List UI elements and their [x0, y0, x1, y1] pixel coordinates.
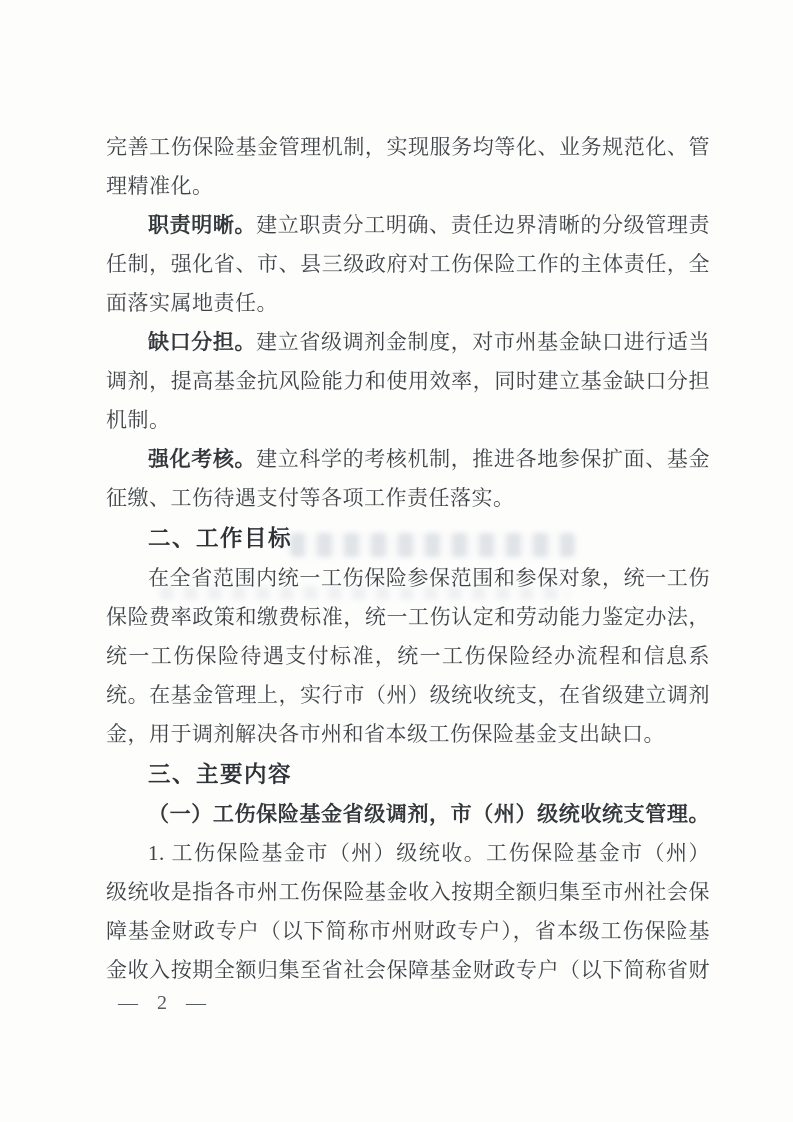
text-segment: 强化考核。	[148, 447, 256, 471]
text-line: 在全省范围内统一工伤保险参保范围和参保对象，统一工伤	[106, 559, 710, 598]
text-segment: 建立省级调剂金制度，对市州基金缺口进行适当	[256, 330, 710, 354]
text-line: 面落实属地责任。	[106, 284, 710, 323]
text-segment: 金收入按期全额归集至省社会保障基金财政专户（以下简称省财	[106, 958, 710, 982]
text-line: 保险费率政策和缴费标准，统一工伤认定和劳动能力鉴定办法，	[106, 598, 710, 637]
text-segment: 保险费率政策和缴费标准，统一工伤认定和劳动能力鉴定办法，	[106, 605, 710, 629]
text-segment: 金，用于调剂解决各市州和省本级工伤保险基金支出缺口。	[106, 722, 665, 746]
text-segment: （一）工伤保险基金省级调剂，市（州）级统收统支管理。	[148, 802, 710, 826]
document-body: 完善工伤保险基金管理机制，实现服务均等化、业务规范化、管理精准化。职责明晰。建立…	[106, 128, 710, 990]
text-line: 统一工伤保险待遇支付标准，统一工伤保险经办流程和信息系	[106, 637, 710, 676]
text-segment: 在全省范围内统一工伤保险参保范围和参保对象，统一工伤	[148, 566, 710, 590]
text-line: 统。在基金管理上，实行市（州）级统收统支，在省级建立调剂	[106, 676, 710, 715]
text-line: 机制。	[106, 401, 710, 440]
text-segment: 三、主要内容	[148, 762, 292, 787]
text-segment: 理精准化。	[106, 174, 214, 198]
text-line: 1. 工伤保险基金市（州）级统收。工伤保险基金市（州）	[106, 834, 710, 873]
text-line: 级统收是指各市州工伤保险基金收入按期全额归集至市州社会保	[106, 873, 710, 912]
text-segment: 完善工伤保险基金管理机制，实现服务均等化、业务规范化、管	[106, 135, 710, 159]
text-line: 职责明晰。建立职责分工明确、责任边界清晰的分级管理责	[106, 206, 710, 245]
text-line: 理精准化。	[106, 167, 710, 206]
text-line: 调剂，提高基金抗风险能力和使用效率，同时建立基金缺口分担	[106, 362, 710, 401]
text-segment: 缺口分担。	[148, 330, 256, 354]
text-line: 任制，强化省、市、县三级政府对工伤保险工作的主体责任，全	[106, 245, 710, 284]
heading-line: 三、主要内容	[106, 754, 710, 795]
text-segment: 二、工作目标	[148, 526, 292, 551]
text-segment: 建立职责分工明确、责任边界清晰的分级管理责	[256, 213, 710, 237]
text-line: 金收入按期全额归集至省社会保障基金财政专户（以下简称省财	[106, 951, 710, 990]
text-line: 障基金财政专户（以下简称市州财政专户），省本级工伤保险基	[106, 912, 710, 951]
text-line: 缺口分担。建立省级调剂金制度，对市州基金缺口进行适当	[106, 323, 710, 362]
text-segment: 职责明晰。	[148, 213, 256, 237]
heading-line: 二、工作目标	[106, 518, 710, 559]
text-segment: 征缴、工伤待遇支付等各项工作责任落实。	[106, 486, 515, 510]
text-segment: 障基金财政专户（以下简称市州财政专户），省本级工伤保险基	[106, 919, 710, 943]
text-segment: 统。在基金管理上，实行市（州）级统收统支，在省级建立调剂	[106, 683, 710, 707]
text-segment: 面落实属地责任。	[106, 291, 278, 315]
text-line: 征缴、工伤待遇支付等各项工作责任落实。	[106, 479, 710, 518]
page-number: — 2 —	[118, 990, 210, 1016]
text-segment: 统一工伤保险待遇支付标准，统一工伤保险经办流程和信息系	[106, 644, 710, 668]
text-segment: 级统收是指各市州工伤保险基金收入按期全额归集至市州社会保	[106, 880, 710, 904]
text-line: （一）工伤保险基金省级调剂，市（州）级统收统支管理。	[106, 795, 710, 834]
text-line: 强化考核。建立科学的考核机制，推进各地参保扩面、基金	[106, 440, 710, 479]
text-segment: 机制。	[106, 408, 171, 432]
text-segment: 任制，强化省、市、县三级政府对工伤保险工作的主体责任，全	[106, 252, 710, 276]
text-segment: 调剂，提高基金抗风险能力和使用效率，同时建立基金缺口分担	[106, 369, 710, 393]
text-line: 完善工伤保险基金管理机制，实现服务均等化、业务规范化、管	[106, 128, 710, 167]
text-segment: 建立科学的考核机制，推进各地参保扩面、基金	[256, 447, 710, 471]
text-line: 金，用于调剂解决各市州和省本级工伤保险基金支出缺口。	[106, 715, 710, 754]
document-page: 完善工伤保险基金管理机制，实现服务均等化、业务规范化、管理精准化。职责明晰。建立…	[0, 0, 793, 1122]
text-segment: 1. 工伤保险基金市（州）级统收。工伤保险基金市（州）	[148, 841, 710, 865]
